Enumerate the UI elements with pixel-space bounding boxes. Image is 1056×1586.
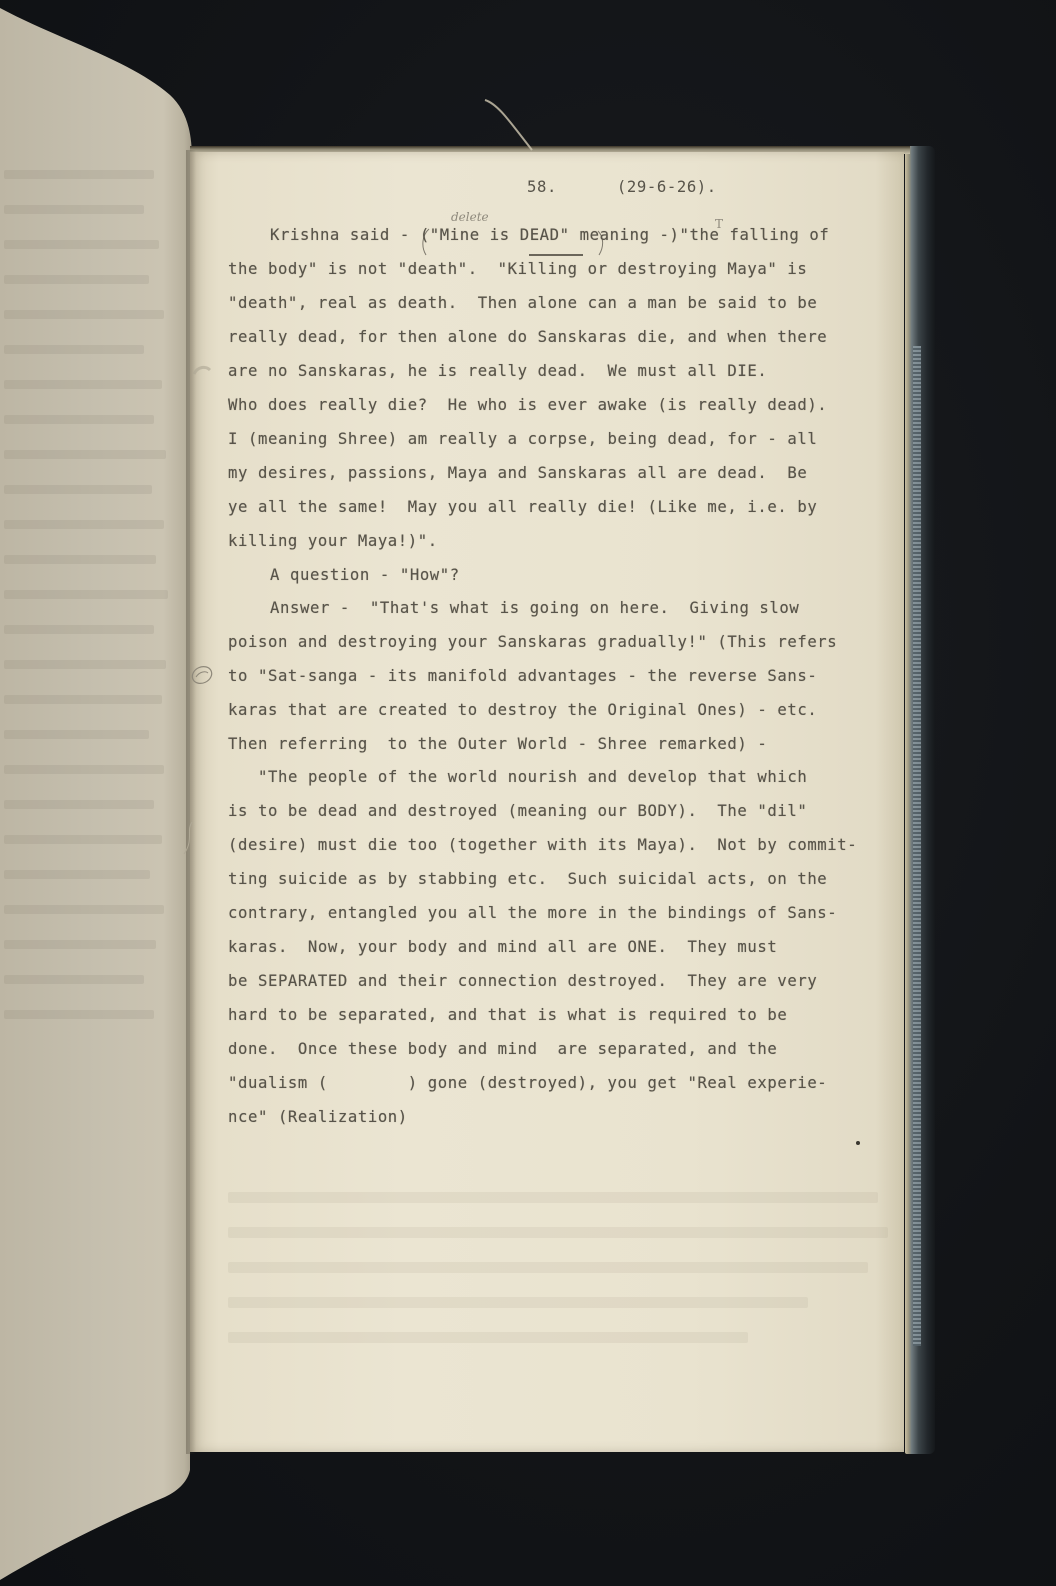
- text-line: is to be dead and destroyed (meaning our…: [228, 804, 807, 820]
- bleed-through-line: [4, 345, 144, 354]
- bleed-through-line: [4, 695, 162, 704]
- bleed-through-line: [228, 1332, 748, 1343]
- text-line: Then referring to the Outer World - Shre…: [228, 737, 767, 753]
- text-line: hard to be separated, and that is what i…: [228, 1008, 787, 1024]
- bleed-through-line: [4, 555, 156, 564]
- text-line: are no Sanskaras, he is really dead. We …: [228, 364, 767, 380]
- text-line: "death", real as death. Then alone can a…: [228, 296, 817, 312]
- bleed-through-line: [4, 730, 149, 739]
- text-line: karas that are created to destroy the Or…: [228, 703, 817, 719]
- book-cover-edge: [905, 146, 935, 1454]
- bleed-through-line: [4, 800, 154, 809]
- gutter-shadow: [186, 150, 196, 1454]
- bleed-through-line: [4, 170, 154, 179]
- bleed-through-line: [4, 905, 164, 914]
- bleed-through-line: [4, 310, 164, 319]
- bleed-through-line: [4, 940, 156, 949]
- dead-underline: [529, 254, 583, 256]
- text-line: be SEPARATED and their connection destro…: [228, 974, 817, 990]
- bleed-through-line: [228, 1192, 878, 1203]
- page-number: 58.: [527, 178, 557, 196]
- bleed-through-line: [4, 275, 149, 284]
- text-line: ye all the same! May you all really die!…: [228, 500, 817, 516]
- text-line: to "Sat-sanga - its manifold advantages …: [228, 669, 817, 685]
- text-line: "The people of the world nourish and dev…: [258, 770, 807, 786]
- text-line: the body" is not "death". "Killing or de…: [228, 262, 807, 278]
- bleed-through-line: [4, 835, 162, 844]
- bleed-through-line: [4, 240, 159, 249]
- text-line: ting suicide as by stabbing etc. Such su…: [228, 872, 827, 888]
- bleed-through-line: [4, 485, 152, 494]
- scanned-book-spread: 58. (29-6-26). delete T Krishna said - (…: [0, 0, 1056, 1586]
- bleed-through-line: [4, 870, 150, 879]
- bleed-through-line: [4, 380, 162, 389]
- text-line: my desires, passions, Maya and Sanskaras…: [228, 466, 807, 482]
- bleed-through-line: [4, 205, 144, 214]
- bleed-through-line: [4, 625, 154, 634]
- bleed-through-line: [4, 975, 144, 984]
- text-line: killing your Maya!)".: [228, 534, 438, 550]
- facing-left-page: [0, 0, 192, 1586]
- text-line: karas. Now, your body and mind all are O…: [228, 940, 777, 956]
- text-line: A question - "How"?: [270, 568, 460, 584]
- text-line: done. Once these body and mind are separ…: [228, 1042, 777, 1058]
- text-line: "dualism ( ) gone (destroyed), you get "…: [228, 1076, 827, 1092]
- bleed-through-line: [4, 660, 166, 669]
- text-line: Krishna said - ("Mine is DEAD" meaning -…: [270, 228, 829, 244]
- text-line: Who does really die? He who is ever awak…: [228, 398, 827, 414]
- page-date: (29-6-26).: [617, 178, 717, 196]
- text-line: poison and destroying your Sanskaras gra…: [228, 635, 837, 651]
- bleed-through-line: [4, 1010, 154, 1019]
- bleed-through-line: [228, 1227, 888, 1238]
- bleed-through-line: [4, 520, 164, 529]
- margin-note-delete: delete: [451, 210, 489, 224]
- text-line: (desire) must die too (together with its…: [228, 838, 857, 854]
- text-line: I (meaning Shree) am really a corpse, be…: [228, 432, 817, 448]
- text-line: really dead, for then alone do Sanskaras…: [228, 330, 827, 346]
- page-header: 58. (29-6-26).: [527, 178, 717, 196]
- bleed-through-line: [4, 450, 166, 459]
- text-line: Answer - "That's what is going on here. …: [270, 601, 799, 617]
- text-line: contrary, entangled you all the more in …: [228, 906, 837, 922]
- bleed-through-line: [4, 590, 168, 599]
- bleed-through-line: [228, 1297, 808, 1308]
- bleed-through-line: [4, 765, 164, 774]
- bleed-through-line: [4, 415, 154, 424]
- text-line: nce" (Realization): [228, 1110, 408, 1126]
- bleed-through-line: [228, 1262, 868, 1273]
- loose-thread: [480, 96, 540, 152]
